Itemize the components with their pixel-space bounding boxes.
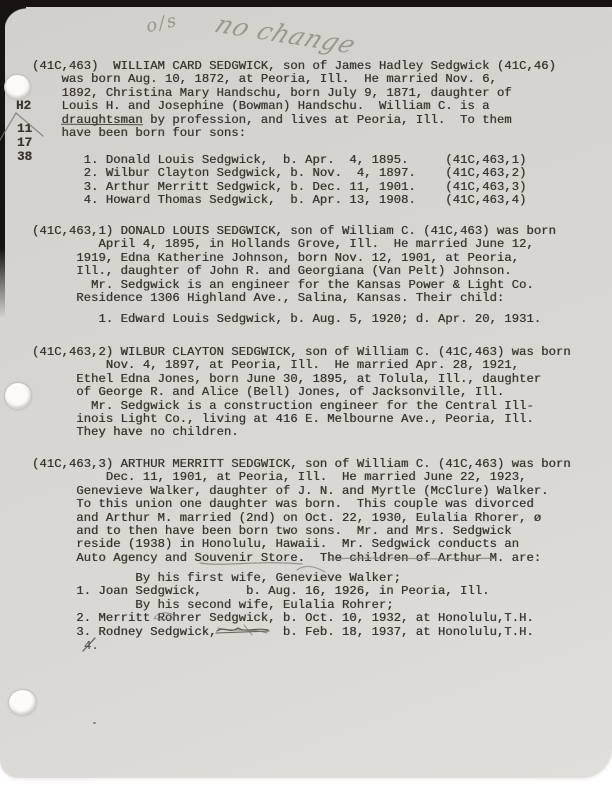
typed-list-arthur-children: By his first wife, Genevieve Walker; 1. … [32,572,534,639]
typed-line: Auto Agency and Souvenir Store. The chil… [32,552,571,565]
typed-line: They have no children. [32,426,571,439]
margin-numbers: 111738 [17,122,32,164]
typed-line: 2. Wilbur Clayton Sedgwick, b. Nov. 4, 1… [32,167,526,180]
typed-section-arthur-merritt: (41C,463,3) ARTHUR MERRITT SEDGWICK, son… [32,458,571,565]
typed-list-donald-child: 1. Edward Louis Sedgwick, b. Aug. 5, 192… [32,313,541,326]
typed-line: 2. Merritt Rohrer Sedgwick, b. Oct. 10, … [32,612,534,625]
scan-edge-left [0,0,5,318]
typed-line: 3. Rodney Sedgwick, b. Feb. 18, 1937, at… [32,626,534,639]
struck-item-number: 4. [84,639,99,653]
typed-line: April 4, 1895, in Hollands Grove, Ill. H… [32,238,556,251]
typed-line: Dec. 11, 1901, at Peoria, Ill. He marrie… [32,471,571,484]
typed-line: and Arthur M. married (2nd) on Oct. 22, … [32,512,571,525]
typed-line: 4. Howard Thomas Sedgwick, b. Apr. 13, 1… [32,194,526,207]
typed-line: draughtsman by profession, and lives at … [32,114,556,127]
typed-line: Residence 1306 Highland Ave., Salina, Ka… [32,292,556,305]
typed-line: of George R. and Alice (Bell) Jones, of … [32,386,571,399]
typed-line: Nov. 4, 1897, at Peoria, Ill. He married… [32,359,571,372]
typed-section-wilbur-clayton: (41C,463,2) WILBUR CLAYTON SEDGWICK, son… [32,346,571,440]
typed-section-william-card: (41C,463) WILLIAM CARD SEDGWICK, son of … [32,60,556,140]
typed-line: have been born four sons: [32,127,556,140]
typed-line: was born Aug. 10, 1872, at Peoria, Ill. … [32,73,556,86]
margin-number: 38 [17,150,32,164]
typed-line: To this union one daughter was born. Thi… [32,498,571,511]
typed-section-donald-louis: (41C,463,1) DONALD LOUIS SEDGWICK, son o… [32,225,556,305]
margin-number: 11 [17,122,32,136]
typed-line: 1. Joan Sedgwick, b. Aug. 16, 1926, in P… [32,585,534,598]
typed-line: 1. Edward Louis Sedgwick, b. Aug. 5, 192… [32,313,541,326]
margin-number: 17 [17,136,32,150]
typed-line: Louis H. and Josephine (Bowman) Handschu… [32,100,556,113]
typed-line: Ill., daughter of John R. and Georgiana … [32,265,556,278]
typed-line: Mr. Sedgwick is an engineer for the Kans… [32,279,556,292]
scan-edge-top [0,0,612,7]
punch-hole-middle [4,382,32,410]
margin-code: H2 [16,99,31,113]
scanned-genealogy-page: { "colors": { "paper": "#d7d5d0", "typed… [0,0,612,792]
typed-list-william-sons: 1. Donald Louis Sedgwick, b. Apr. 4, 189… [32,154,526,208]
typed-line: reside (1938) in Honolulu, Hawaii. Mr. S… [32,538,571,551]
typed-line: Mr. Sedgwick is a construction engineer … [32,400,571,413]
